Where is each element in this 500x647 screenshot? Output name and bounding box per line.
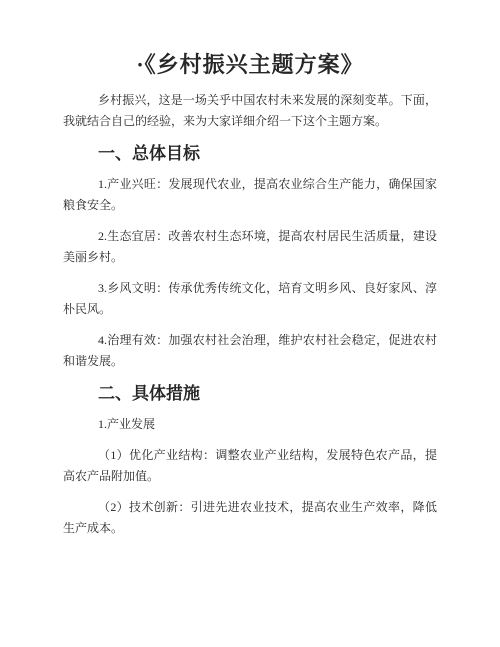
document-page: ·《乡村振兴主题方案》 乡村振兴，这是一场关乎中国农村未来发展的深刻变革。下面，… — [0, 0, 500, 647]
goal-item-governance: 4.治理有效：加强农村社会治理，维护农村社会稳定，促进农村和谐发展。 — [63, 330, 437, 372]
document-title: ·《乡村振兴主题方案》 — [63, 50, 437, 80]
measure-item-structure-optimization: （1）优化产业结构：调整农业产业结构，发展特色农产品，提高农产品附加值。 — [63, 445, 437, 487]
measure-subheading-industry-development: 1.产业发展 — [63, 414, 437, 435]
goal-item-culture: 3.乡风文明：传承优秀传统文化，培育文明乡风、良好家风、淳朴民风。 — [63, 278, 437, 320]
section-heading-overall-goals: 一、总体目标 — [63, 142, 437, 165]
goal-item-ecology: 2.生态宜居：改善农村生态环境，提高农村居民生活质量，建设美丽乡村。 — [63, 226, 437, 268]
goal-item-industry: 1.产业兴旺：发展现代农业，提高农业综合生产能力，确保国家粮食安全。 — [63, 174, 437, 216]
measure-item-tech-innovation: （2）技术创新：引进先进农业技术，提高农业生产效率，降低生产成本。 — [63, 497, 437, 539]
section-heading-specific-measures: 二、具体措施 — [63, 382, 437, 405]
intro-paragraph: 乡村振兴，这是一场关乎中国农村未来发展的深刻变革。下面，我就结合自己的经验，来为… — [63, 90, 437, 132]
